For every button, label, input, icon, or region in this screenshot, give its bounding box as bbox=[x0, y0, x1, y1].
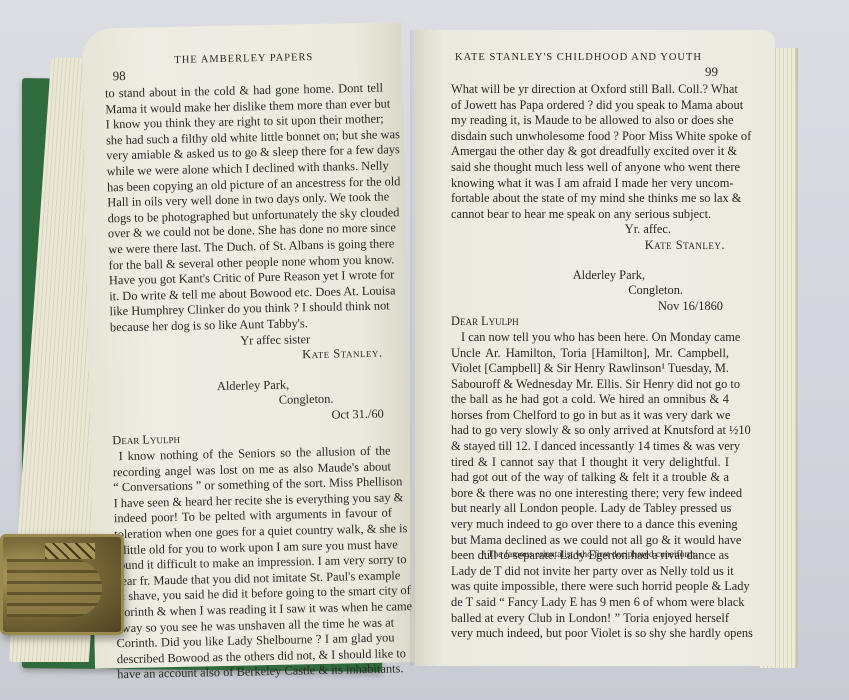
page-number: 98 bbox=[112, 68, 125, 84]
text-line: bore & there was no one interesting ther… bbox=[451, 486, 729, 502]
letter-signature: Kate Stanley. bbox=[451, 238, 729, 254]
text-line: but nearly all London people. Lady de Ta… bbox=[451, 501, 729, 517]
paperweight-cuff bbox=[45, 543, 95, 559]
brass-hand-paperweight bbox=[0, 534, 124, 635]
text-line: the ball as he had got a cold. We hired … bbox=[451, 392, 729, 408]
page-number: 99 bbox=[705, 64, 718, 80]
text-line: very much indeed, but poor Violet is so … bbox=[451, 626, 729, 642]
text-line: & stayed till 12. I danced incessantly 1… bbox=[451, 439, 729, 455]
text-line: Amergau the other day & got dreadfully e… bbox=[451, 144, 729, 160]
text-line: fortable about the state of my mind she … bbox=[451, 191, 729, 207]
address-line-2: Congleton. bbox=[451, 283, 729, 299]
text-line: horses from Chelford to go in but as it … bbox=[451, 408, 729, 424]
text-line: Lady de T did not invite her party over … bbox=[451, 564, 729, 580]
running-head: KATE STANLEY'S CHILDHOOD AND YOUTH bbox=[455, 52, 702, 63]
address-line-1: Alderley Park, bbox=[451, 268, 729, 284]
left-text-block: to stand about in the cold & had gone ho… bbox=[105, 81, 395, 684]
text-line: Violet [Campbell] & Sir Henry Rawlinson¹… bbox=[451, 361, 729, 377]
salutation: Dear Lyulph bbox=[451, 314, 729, 330]
left-page: 98 THE AMBERLEY PAPERS to stand about in… bbox=[82, 22, 415, 669]
text-line: Uncle Ar. Hamilton, Toria [Hamilton], Mr… bbox=[451, 346, 729, 362]
photo-scene: 98 THE AMBERLEY PAPERS to stand about in… bbox=[0, 0, 849, 700]
footnote: ¹ The famous orientalist who first decip… bbox=[451, 550, 729, 560]
text-line: had to go very slowly & so only arrived … bbox=[451, 423, 729, 439]
letter-closing: Yr. affec. bbox=[451, 222, 729, 238]
text-line: knowing what it was I am afraid I made h… bbox=[451, 176, 729, 192]
text-line: was quite impossible, there were such ho… bbox=[451, 579, 729, 595]
text-line: Sabouroff & Wednesday Mr. Ellis. Sir Hen… bbox=[451, 377, 729, 393]
text-line: balled at every Club in London! ” Toria … bbox=[451, 611, 729, 627]
text-line: cannot bear to hear me speak on any seri… bbox=[451, 207, 729, 223]
text-line: of Jowett has Papa ordered ? did you spe… bbox=[451, 98, 729, 114]
paperweight-hand-relief bbox=[7, 559, 102, 617]
text-line: said she thought much less well of anyon… bbox=[451, 160, 729, 176]
running-head: THE AMBERLEY PAPERS bbox=[174, 52, 313, 66]
text-line: my reading it, is Maude to be allowed to… bbox=[451, 113, 729, 129]
text-line: disdain such unwholesome food ? Poor Mis… bbox=[451, 129, 729, 145]
text-line: What will be yr direction at Oxford stil… bbox=[451, 82, 729, 98]
right-page: KATE STANLEY'S CHILDHOOD AND YOUTH 99 Wh… bbox=[415, 30, 775, 666]
text-line: I can now tell you who has been here. On… bbox=[451, 330, 729, 346]
letter-date: Nov 16/1860 bbox=[451, 299, 729, 315]
text-line: tired & I cannot say that I thought it v… bbox=[451, 455, 729, 471]
text-line: but Mama declined as we could not all go… bbox=[451, 533, 729, 549]
text-line: de T said “ Fancy Lady E has 9 men 6 of … bbox=[451, 595, 729, 611]
text-line: very much indeed to go over there to a d… bbox=[451, 517, 729, 533]
text-line: had got out of the way of talking & felt… bbox=[451, 470, 729, 486]
